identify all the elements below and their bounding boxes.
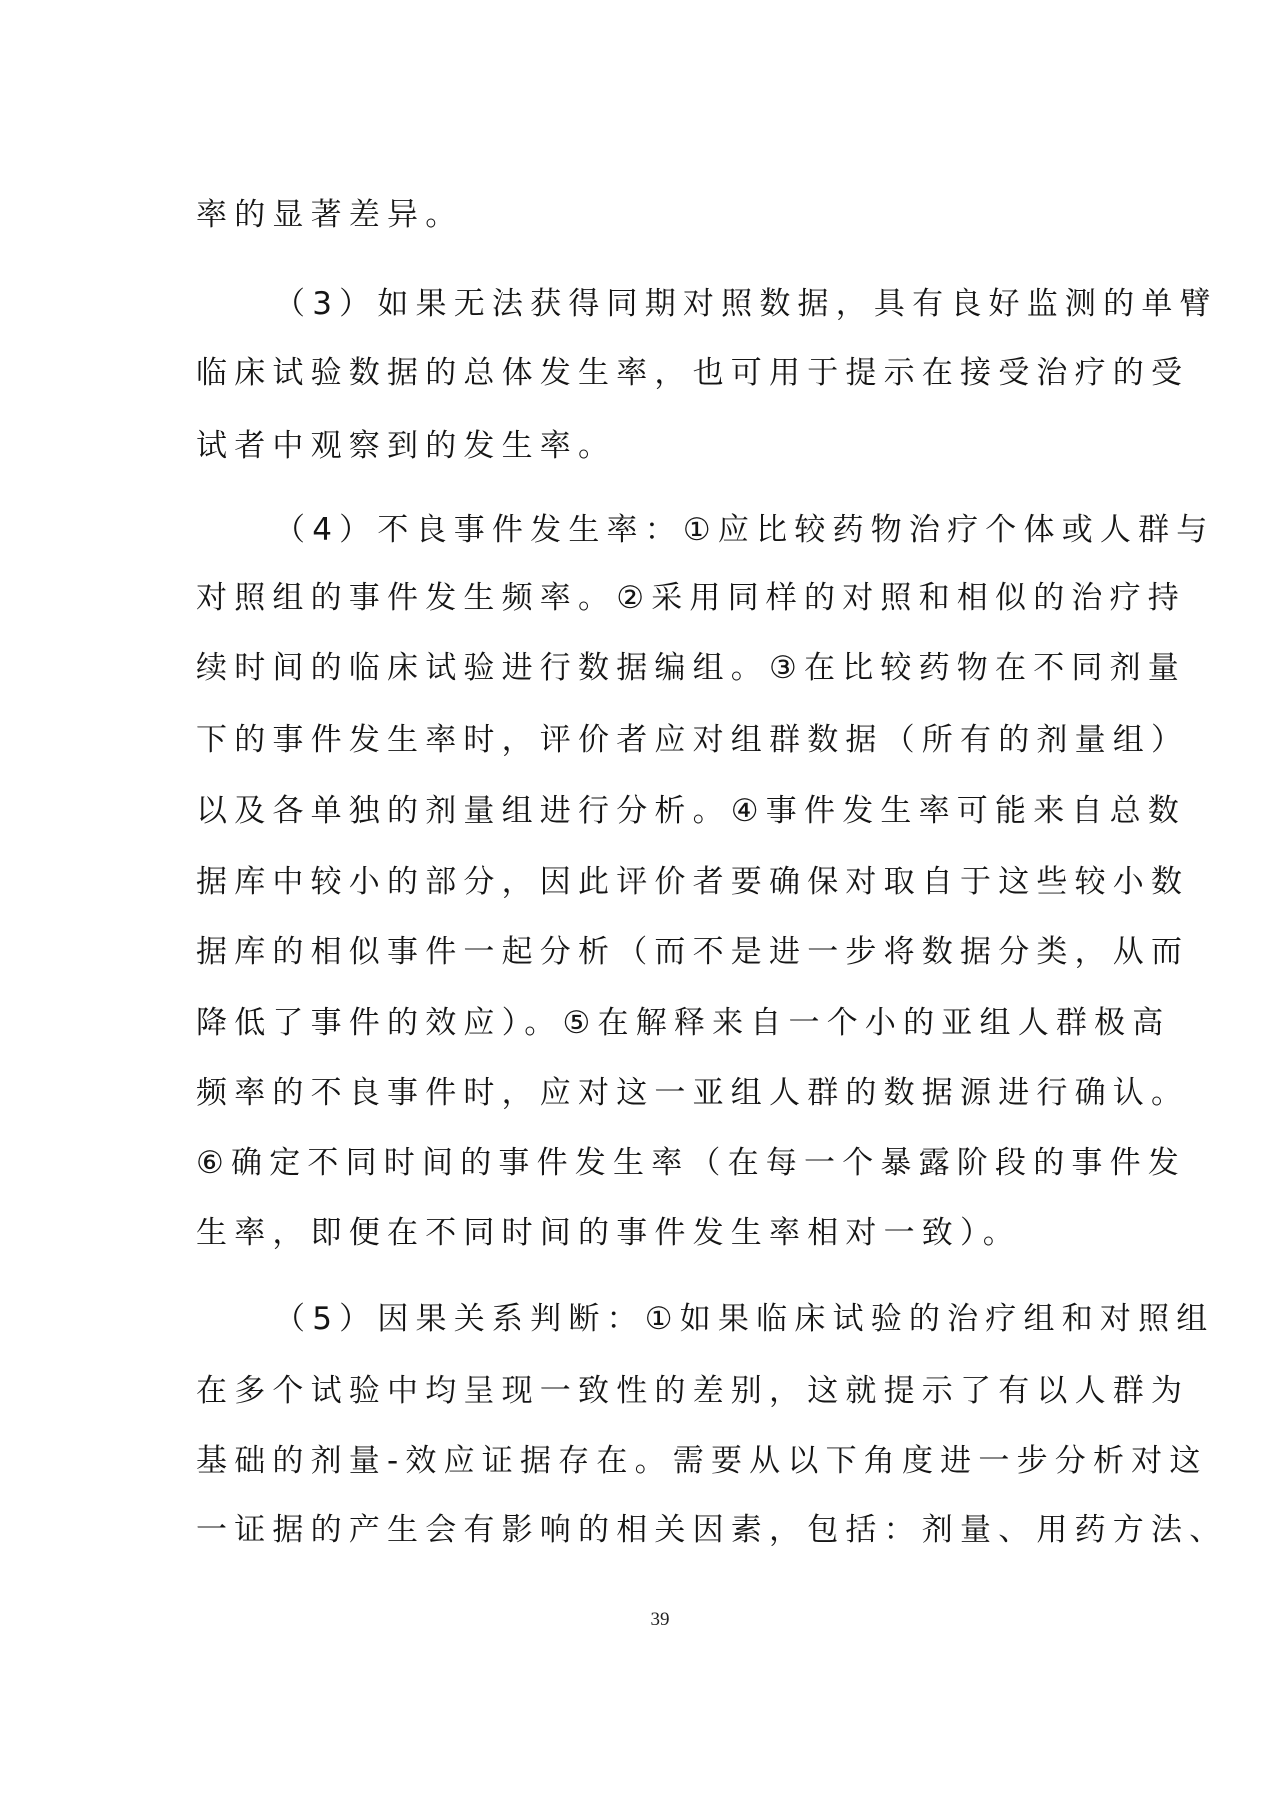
paragraph-3-start: （3）如果无法获得同期对照数据，具有良好监测的单臂 — [274, 284, 1174, 324]
text-line: 以及各单独的剂量组进行分析。④事件发生率可能来自总数 — [196, 791, 1096, 831]
text-line: 试者中观察到的发生率。 — [196, 426, 1096, 466]
text-line: 降低了事件的效应）。⑤在解释来自一个小的亚组人群极高 — [196, 1003, 1096, 1043]
text-line: 生率，即便在不同时间的事件发生率相对一致）。 — [196, 1213, 1096, 1253]
text-line: 基础的剂量-效应证据存在。需要从以下角度进一步分析对这 — [196, 1441, 1096, 1481]
text-line: 临床试验数据的总体发生率，也可用于提示在接受治疗的受 — [196, 353, 1096, 393]
page-number: 39 — [620, 1608, 700, 1632]
paragraph-5-start: （5）因果关系判断：①如果临床试验的治疗组和对照组 — [274, 1299, 1174, 1339]
text-line: 率的显著差异。 — [196, 195, 1096, 235]
text-line: 一证据的产生会有影响的相关因素，包括：剂量、用药方法、 — [196, 1510, 1096, 1550]
document-page: 率的显著差异。 （3）如果无法获得同期对照数据，具有良好监测的单臂 临床试验数据… — [0, 0, 1280, 1810]
text-line: 下的事件发生率时，评价者应对组群数据（所有的剂量组） — [196, 720, 1096, 760]
text-line: 续时间的临床试验进行数据编组。③在比较药物在不同剂量 — [196, 648, 1096, 688]
text-line: 对照组的事件发生频率。②采用同样的对照和相似的治疗持 — [196, 578, 1096, 618]
text-line: 频率的不良事件时，应对这一亚组人群的数据源进行确认。 — [196, 1073, 1096, 1113]
text-line: 据库的相似事件一起分析（而不是进一步将数据分类，从而 — [196, 932, 1096, 972]
paragraph-4-start: （4）不良事件发生率：①应比较药物治疗个体或人群与 — [274, 510, 1174, 550]
text-line: 据库中较小的部分，因此评价者要确保对取自于这些较小数 — [196, 862, 1096, 902]
text-line: ⑥确定不同时间的事件发生率（在每一个暴露阶段的事件发 — [196, 1143, 1096, 1183]
text-line: 在多个试验中均呈现一致性的差别，这就提示了有以人群为 — [196, 1371, 1096, 1411]
